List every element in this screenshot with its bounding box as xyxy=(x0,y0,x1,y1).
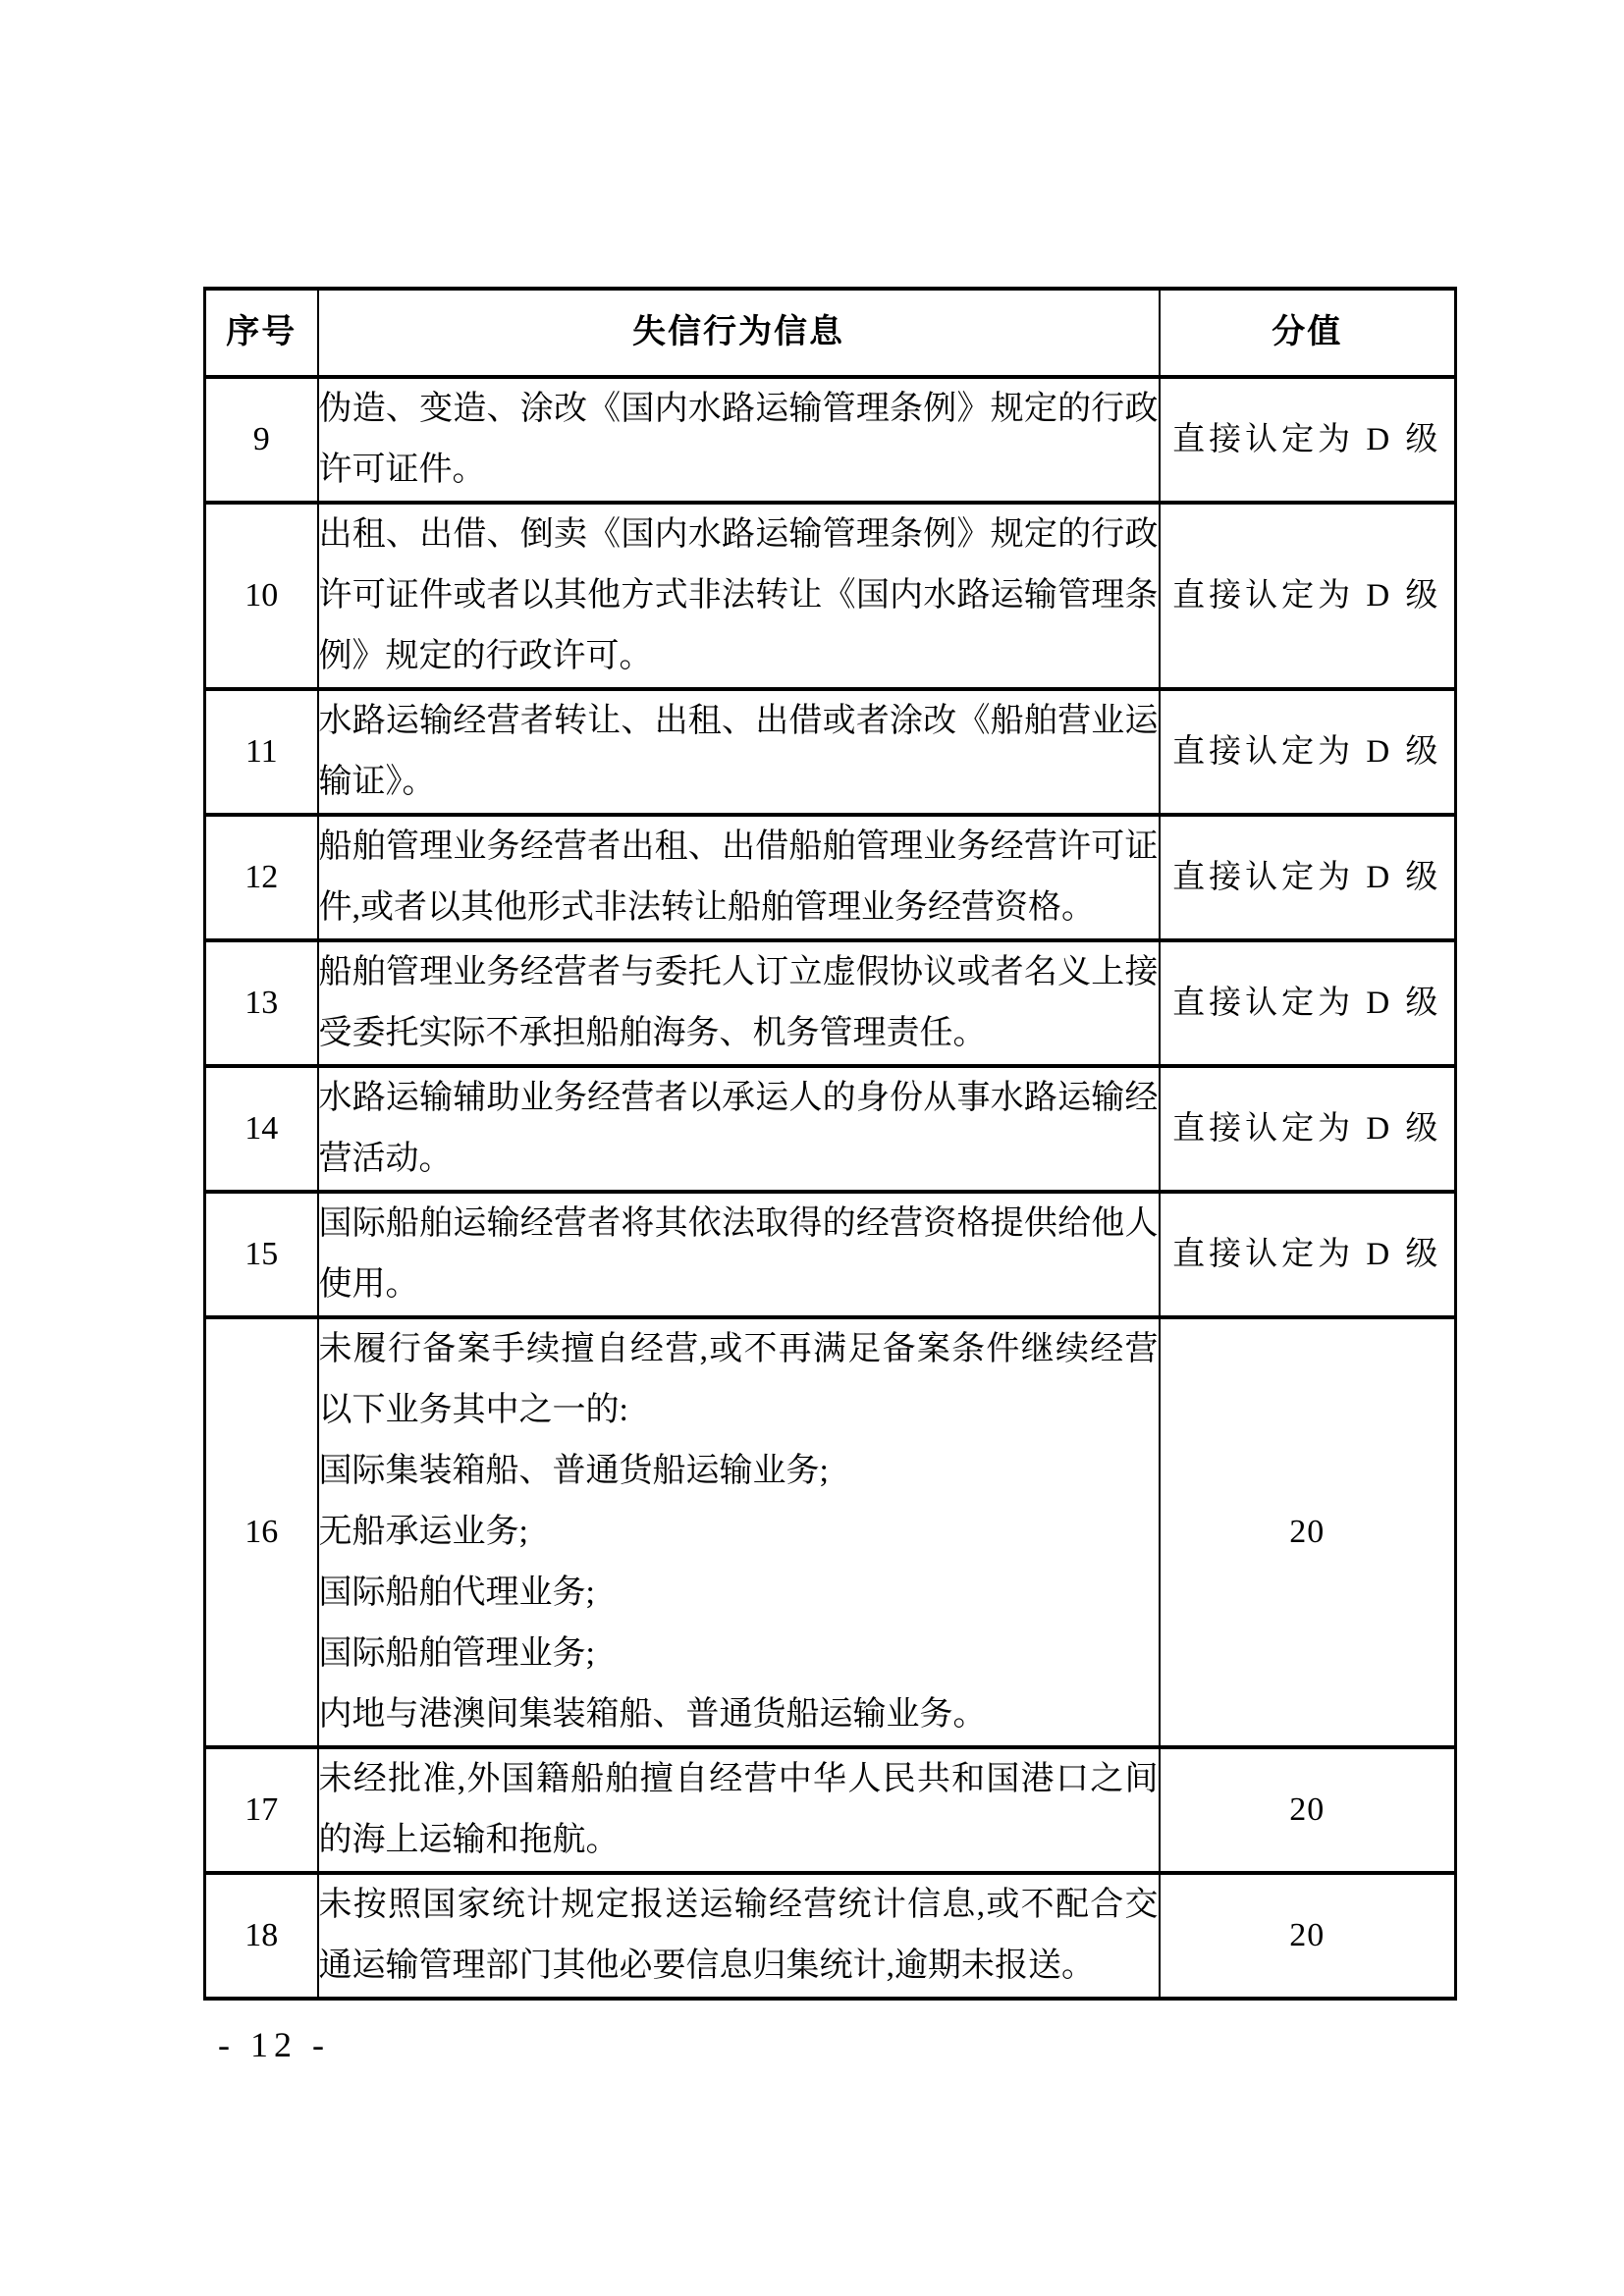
behavior-text-line: 未经批准,外国籍船舶擅自经营中华人民共和国港口之间的海上运输和拖航。 xyxy=(319,1749,1159,1871)
cell-serial-number: 14 xyxy=(205,1066,318,1192)
cell-behavior-info: 水路运输辅助业务经营者以承运人的身份从事水路运输经营活动。 xyxy=(318,1066,1160,1192)
cell-behavior-info: 国际船舶运输经营者将其依法取得的经营资格提供给他人使用。 xyxy=(318,1192,1160,1317)
cell-score: 直接认定为 D 级 xyxy=(1160,503,1456,689)
document-page: 序号 失信行为信息 分值 9伪造、变造、涂改《国内水路运输管理条例》规定的行政许… xyxy=(0,0,1624,2296)
behavior-text-line: 船舶管理业务经营者与委托人订立虚假协议或者名义上接受委托实际不承担船舶海务、机务… xyxy=(319,942,1159,1064)
behavior-text-line: 出租、出借、倒卖《国内水路运输管理条例》规定的行政许可证件或者以其他方式非法转让… xyxy=(319,505,1159,687)
cell-score: 直接认定为 D 级 xyxy=(1160,1192,1456,1317)
cell-behavior-info: 未按照国家统计规定报送运输经营统计信息,或不配合交通运输管理部门其他必要信息归集… xyxy=(318,1873,1160,1999)
cell-serial-number: 17 xyxy=(205,1747,318,1873)
discredit-behavior-table: 序号 失信行为信息 分值 9伪造、变造、涂改《国内水路运输管理条例》规定的行政许… xyxy=(203,287,1457,2001)
cell-behavior-info: 出租、出借、倒卖《国内水路运输管理条例》规定的行政许可证件或者以其他方式非法转让… xyxy=(318,503,1160,689)
cell-behavior-info: 水路运输经营者转让、出租、出借或者涂改《船舶营业运输证》。 xyxy=(318,689,1160,815)
behavior-text-line: 国际集装箱船、普通货船运输业务; xyxy=(319,1441,1159,1502)
table-body: 9伪造、变造、涂改《国内水路运输管理条例》规定的行政许可证件。直接认定为 D 级… xyxy=(205,377,1456,1999)
behavior-text-line: 内地与港澳间集装箱船、普通货船运输业务。 xyxy=(319,1684,1159,1745)
table-row: 14水路运输辅助业务经营者以承运人的身份从事水路运输经营活动。直接认定为 D 级 xyxy=(205,1066,1456,1192)
behavior-text-line: 未履行备案手续擅自经营,或不再满足备案条件继续经营以下业务其中之一的: xyxy=(319,1319,1159,1441)
behavior-text-line: 国际船舶运输经营者将其依法取得的经营资格提供给他人使用。 xyxy=(319,1194,1159,1315)
cell-behavior-info: 船舶管理业务经营者出租、出借船舶管理业务经营许可证件,或者以其他形式非法转让船舶… xyxy=(318,815,1160,940)
cell-serial-number: 13 xyxy=(205,940,318,1066)
cell-behavior-info: 未经批准,外国籍船舶擅自经营中华人民共和国港口之间的海上运输和拖航。 xyxy=(318,1747,1160,1873)
table-row: 12船舶管理业务经营者出租、出借船舶管理业务经营许可证件,或者以其他形式非法转让… xyxy=(205,815,1456,940)
cell-behavior-info: 船舶管理业务经营者与委托人订立虚假协议或者名义上接受委托实际不承担船舶海务、机务… xyxy=(318,940,1160,1066)
cell-serial-number: 10 xyxy=(205,503,318,689)
table-row: 17未经批准,外国籍船舶擅自经营中华人民共和国港口之间的海上运输和拖航。20 xyxy=(205,1747,1456,1873)
cell-serial-number: 9 xyxy=(205,377,318,503)
cell-score: 20 xyxy=(1160,1873,1456,1999)
cell-score: 直接认定为 D 级 xyxy=(1160,940,1456,1066)
behavior-text-line: 水路运输辅助业务经营者以承运人的身份从事水路运输经营活动。 xyxy=(319,1068,1159,1190)
table-row: 16未履行备案手续擅自经营,或不再满足备案条件继续经营以下业务其中之一的:国际集… xyxy=(205,1317,1456,1747)
cell-serial-number: 18 xyxy=(205,1873,318,1999)
behavior-text-line: 水路运输经营者转让、出租、出借或者涂改《船舶营业运输证》。 xyxy=(319,691,1159,813)
header-serial-number: 序号 xyxy=(205,289,318,377)
cell-behavior-info: 伪造、变造、涂改《国内水路运输管理条例》规定的行政许可证件。 xyxy=(318,377,1160,503)
table-row: 9伪造、变造、涂改《国内水路运输管理条例》规定的行政许可证件。直接认定为 D 级 xyxy=(205,377,1456,503)
cell-serial-number: 11 xyxy=(205,689,318,815)
cell-score: 直接认定为 D 级 xyxy=(1160,689,1456,815)
behavior-text-line: 无船承运业务; xyxy=(319,1502,1159,1563)
page-number: - 12 - xyxy=(218,2024,330,2065)
cell-score: 20 xyxy=(1160,1747,1456,1873)
table-row: 13船舶管理业务经营者与委托人订立虚假协议或者名义上接受委托实际不承担船舶海务、… xyxy=(205,940,1456,1066)
table-row: 15国际船舶运输经营者将其依法取得的经营资格提供给他人使用。直接认定为 D 级 xyxy=(205,1192,1456,1317)
cell-serial-number: 16 xyxy=(205,1317,318,1747)
behavior-text-line: 国际船舶代理业务; xyxy=(319,1563,1159,1624)
table-row: 18未按照国家统计规定报送运输经营统计信息,或不配合交通运输管理部门其他必要信息… xyxy=(205,1873,1456,1999)
cell-score: 20 xyxy=(1160,1317,1456,1747)
cell-behavior-info: 未履行备案手续擅自经营,或不再满足备案条件继续经营以下业务其中之一的:国际集装箱… xyxy=(318,1317,1160,1747)
cell-score: 直接认定为 D 级 xyxy=(1160,377,1456,503)
header-behavior-info: 失信行为信息 xyxy=(318,289,1160,377)
cell-score: 直接认定为 D 级 xyxy=(1160,1066,1456,1192)
cell-serial-number: 15 xyxy=(205,1192,318,1317)
behavior-text-line: 国际船舶管理业务; xyxy=(319,1624,1159,1684)
table-row: 11水路运输经营者转让、出租、出借或者涂改《船舶营业运输证》。直接认定为 D 级 xyxy=(205,689,1456,815)
cell-score: 直接认定为 D 级 xyxy=(1160,815,1456,940)
table-header: 序号 失信行为信息 分值 xyxy=(205,289,1456,377)
header-score: 分值 xyxy=(1160,289,1456,377)
behavior-text-line: 船舶管理业务经营者出租、出借船舶管理业务经营许可证件,或者以其他形式非法转让船舶… xyxy=(319,817,1159,938)
cell-serial-number: 12 xyxy=(205,815,318,940)
behavior-text-line: 未按照国家统计规定报送运输经营统计信息,或不配合交通运输管理部门其他必要信息归集… xyxy=(319,1875,1159,1997)
table-row: 10出租、出借、倒卖《国内水路运输管理条例》规定的行政许可证件或者以其他方式非法… xyxy=(205,503,1456,689)
behavior-text-line: 伪造、变造、涂改《国内水路运输管理条例》规定的行政许可证件。 xyxy=(319,379,1159,501)
header-row: 序号 失信行为信息 分值 xyxy=(205,289,1456,377)
